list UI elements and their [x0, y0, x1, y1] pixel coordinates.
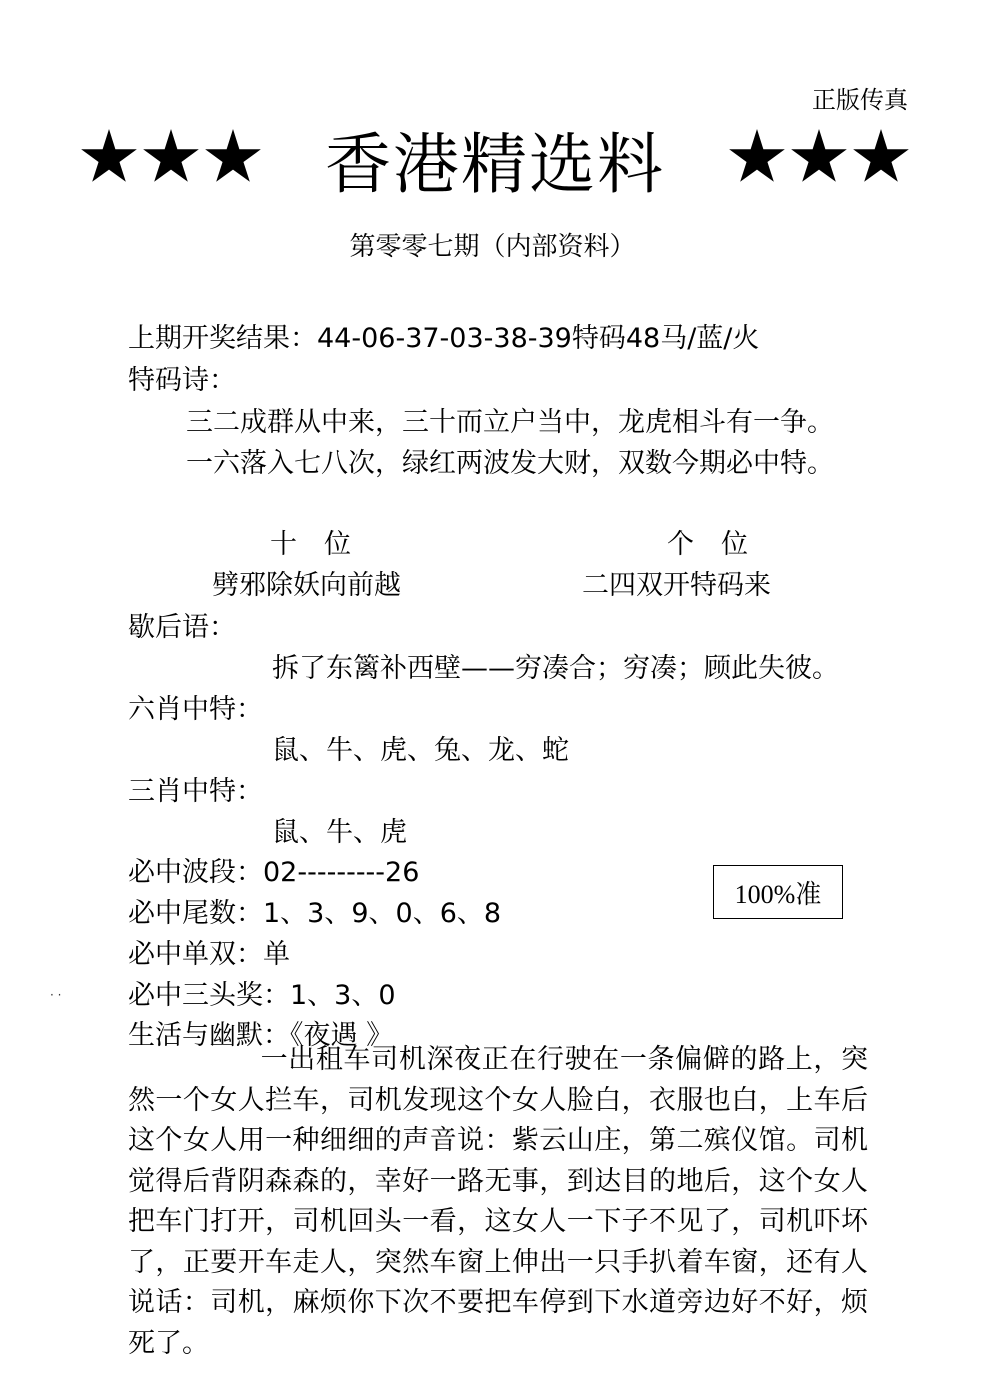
- pick-value: 单: [263, 939, 290, 970]
- pick-label: 必中尾数：: [128, 898, 263, 929]
- poem-line: 三二成群从中来，三十而立户当中，龙虎相斗有一争。: [186, 400, 834, 439]
- pick-odd-even: 必中单双：单: [128, 932, 290, 971]
- star-icon: [790, 129, 848, 187]
- three-zodiac-text: 鼠、牛、虎: [272, 810, 407, 849]
- poem-line: 一六落入七八次，绿红两波发大财，双数今期必中特。: [186, 441, 834, 480]
- xiehouyu-text: 拆了东篱补西壁——穷凑合；穷凑；顾此失彼。: [272, 646, 839, 685]
- pick-value: 1、3、9、0、6、8: [263, 898, 501, 929]
- last-result-special: 特码48马/蓝/火: [572, 323, 760, 354]
- stars-left: [80, 129, 262, 187]
- six-zodiac-text: 鼠、牛、虎、兔、龙、蛇: [272, 728, 569, 767]
- pick-tail: 必中尾数：1、3、9、0、6、8: [128, 891, 501, 930]
- stars-right: [728, 129, 910, 187]
- six-zodiac-label: 六肖中特：: [128, 687, 263, 726]
- three-zodiac-label: 三肖中特：: [128, 769, 263, 808]
- humor-story: 一出租车司机深夜正在行驶在一条偏僻的路上，突然一个女人拦车，司机发现这个女人脸白…: [128, 1040, 868, 1364]
- pick-wave: 必中波段：02---------26: [128, 850, 419, 889]
- stray-dots: · ·: [50, 988, 61, 1002]
- accuracy-badge: 100%准: [713, 865, 843, 919]
- pick-label: 必中单双：: [128, 939, 263, 970]
- xiehouyu-label: 歇后语：: [128, 605, 236, 644]
- star-icon: [80, 129, 138, 187]
- pick-three-head: 必中三头奖：1、3、0: [128, 973, 396, 1012]
- star-icon: [142, 129, 200, 187]
- page-title: 香港精选料: [325, 111, 665, 206]
- star-icon: [204, 129, 262, 187]
- last-result-numbers: 44-06-37-03-38-39: [317, 323, 572, 354]
- star-icon: [728, 129, 786, 187]
- pick-value: 1、3、0: [290, 980, 396, 1011]
- pick-value: 02---------26: [263, 857, 419, 888]
- title-row: 香港精选料: [80, 108, 910, 208]
- pick-label: 必中波段：: [128, 857, 263, 888]
- issue-subtitle: 第零零七期（内部资料）: [0, 226, 985, 263]
- last-result: 上期开奖结果：44-06-37-03-38-39特码48马/蓝/火: [128, 316, 759, 355]
- tens-position-label: 十 位: [270, 522, 351, 561]
- tens-position-text: 劈邪除妖向前越: [212, 563, 401, 602]
- last-result-label: 上期开奖结果：: [128, 323, 317, 354]
- poem-label: 特码诗：: [128, 358, 236, 397]
- units-position-label: 个 位: [667, 522, 748, 561]
- humor-story-text: 一出租车司机深夜正在行驶在一条偏僻的路上，突然一个女人拦车，司机发现这个女人脸白…: [128, 1044, 868, 1359]
- pick-label: 必中三头奖：: [128, 980, 290, 1011]
- units-position-text: 二四双开特码来: [582, 563, 771, 602]
- star-icon: [852, 129, 910, 187]
